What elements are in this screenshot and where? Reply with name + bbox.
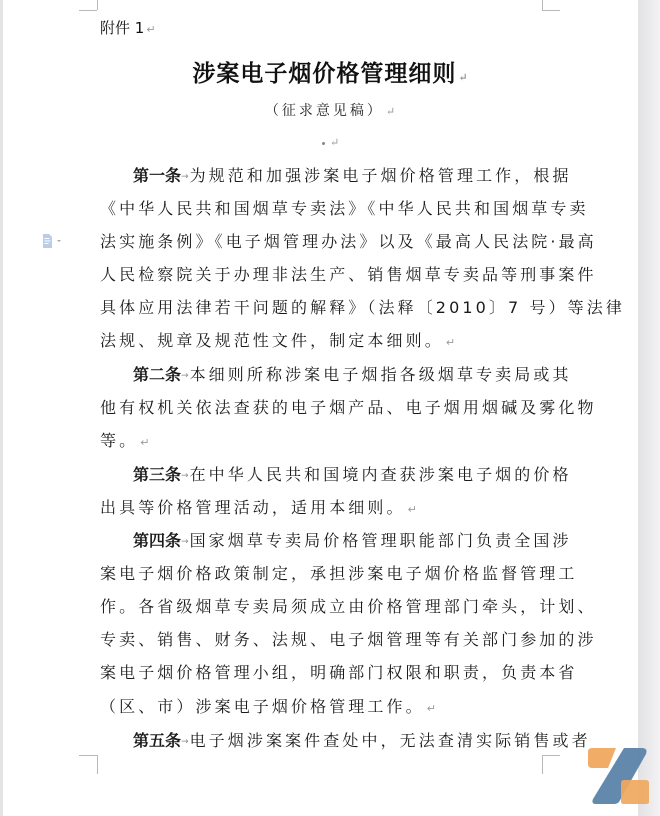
tab-arrow-icon: → bbox=[181, 737, 189, 747]
scroll-gutter[interactable] bbox=[638, 0, 660, 816]
line-text: 人民检察院关于办理非法生产、销售烟草专卖品等刑事案件 bbox=[100, 265, 597, 284]
text-line: 作。各省级烟草专卖局须成立由价格管理部门牵头，计划、 bbox=[100, 597, 542, 617]
text-line: 法规、规章及规范性文件，制定本细则。↵ bbox=[100, 331, 542, 353]
paragraph-mark-icon: ↵ bbox=[458, 71, 467, 84]
line-text: 电子烟涉案案件查处中，无法查清实际销售或者 bbox=[190, 731, 591, 750]
line-text: 专卖、销售、财务、法规、电子烟管理等有关部门参加的涉 bbox=[100, 630, 597, 649]
tab-arrow-icon: → bbox=[181, 371, 189, 381]
line-text: 国家烟草专卖局价格管理职能部门负责全国涉 bbox=[190, 531, 572, 550]
empty-paragraph: ↵ bbox=[322, 136, 339, 149]
text-line: 第一条→为规范和加强涉案电子烟价格管理工作，根据 bbox=[133, 166, 542, 187]
paragraph-mark-icon: ↵ bbox=[146, 23, 155, 36]
document-title: 涉案电子烟价格管理细则↵ bbox=[0, 55, 660, 88]
text-line: 等。↵ bbox=[100, 431, 542, 453]
article-number: 第二条 bbox=[133, 365, 181, 384]
document-subtitle: （征求意见稿）↵ bbox=[0, 100, 660, 120]
line-text: 案电子烟价格管理小组，明确部门权限和职责，负责本省 bbox=[100, 663, 578, 682]
line-text: 具体应用法律若干问题的解释》（法释〔2010〕7 号）等法律 bbox=[100, 298, 625, 317]
text-line: 人民检察院关于办理非法生产、销售烟草专卖品等刑事案件 bbox=[100, 265, 542, 285]
text-line: 第三条→在中华人民共和国境内查获涉案电子烟的价格 bbox=[133, 465, 542, 486]
article-number: 第一条 bbox=[133, 166, 181, 185]
space-mark-icon bbox=[322, 142, 325, 145]
line-text: 作。各省级烟草专卖局须成立由价格管理部门牵头，计划、 bbox=[100, 597, 597, 616]
tab-arrow-icon: → bbox=[181, 537, 189, 547]
paragraph-options-button[interactable] bbox=[42, 233, 62, 247]
paragraph-mark-icon: ↵ bbox=[386, 105, 395, 118]
text-line: 第五条→电子烟涉案案件查处中，无法查清实际销售或者 bbox=[133, 731, 542, 752]
paragraph-mark-icon: ↵ bbox=[408, 503, 417, 516]
article-number: 第四条 bbox=[133, 531, 181, 550]
tab-arrow-icon: → bbox=[181, 471, 189, 481]
text-line: 他有权机关依法查获的电子烟产品、电子烟用烟碱及雾化物 bbox=[100, 398, 542, 418]
text-line: 专卖、销售、财务、法规、电子烟管理等有关部门参加的涉 bbox=[100, 630, 542, 650]
paragraph-mark-icon: ↵ bbox=[427, 702, 436, 715]
line-text: 为规范和加强涉案电子烟价格管理工作，根据 bbox=[190, 166, 572, 185]
document-paragraph-icon bbox=[42, 234, 62, 248]
text-line: （区、市）涉案电子烟价格管理工作。↵ bbox=[100, 697, 542, 719]
line-text: （区、市）涉案电子烟价格管理工作。 bbox=[100, 697, 425, 716]
text-line: 第二条→本细则所称涉案电子烟指各级烟草专卖局或其 bbox=[133, 365, 542, 386]
z-logo-icon bbox=[586, 746, 650, 806]
text-line: 案电子烟价格管理小组，明确部门权限和职责，负责本省 bbox=[100, 663, 542, 683]
tab-arrow-icon: → bbox=[181, 172, 189, 182]
paragraph-mark-icon: ↵ bbox=[446, 336, 455, 349]
watermark-logo bbox=[586, 746, 650, 806]
attachment-label: 附件 1↵ bbox=[100, 17, 156, 38]
text-line: 第四条→国家烟草专卖局价格管理职能部门负责全国涉 bbox=[133, 531, 542, 552]
line-text: 出具等价格管理活动，适用本细则。 bbox=[100, 498, 406, 517]
text-line: 出具等价格管理活动，适用本细则。↵ bbox=[100, 498, 542, 520]
line-text: 他有权机关依法查获的电子烟产品、电子烟用烟碱及雾化物 bbox=[100, 398, 597, 417]
text-line: 具体应用法律若干问题的解释》（法释〔2010〕7 号）等法律 bbox=[100, 298, 542, 318]
article-number: 第五条 bbox=[133, 731, 181, 750]
attachment-label-text: 附件 1 bbox=[100, 19, 144, 37]
line-text: 法实施条例》《电子烟管理办法》以及《最高人民法院·最高 bbox=[100, 232, 597, 251]
text-line: 案电子烟价格政策制定，承担涉案电子烟价格监督管理工 bbox=[100, 564, 542, 584]
document-title-text: 涉案电子烟价格管理细则 bbox=[192, 60, 456, 87]
line-text: 在中华人民共和国境内查获涉案电子烟的价格 bbox=[190, 465, 572, 484]
line-text: 法规、规章及规范性文件，制定本细则。 bbox=[100, 331, 444, 350]
line-text: 案电子烟价格政策制定，承担涉案电子烟价格监督管理工 bbox=[100, 564, 578, 583]
line-text: 等。 bbox=[100, 431, 138, 450]
document-subtitle-text: （征求意见稿） bbox=[265, 103, 384, 119]
text-line: 《中华人民共和国烟草专卖法》《中华人民共和国烟草专卖 bbox=[100, 199, 542, 219]
paragraph-mark-icon: ↵ bbox=[140, 436, 149, 449]
text-line: 法实施条例》《电子烟管理办法》以及《最高人民法院·最高 bbox=[100, 232, 542, 252]
line-text: 本细则所称涉案电子烟指各级烟草专卖局或其 bbox=[190, 365, 572, 384]
line-text: 《中华人民共和国烟草专卖法》《中华人民共和国烟草专卖 bbox=[100, 199, 589, 218]
article-number: 第三条 bbox=[133, 465, 181, 484]
paragraph-mark-icon: ↵ bbox=[330, 136, 339, 149]
